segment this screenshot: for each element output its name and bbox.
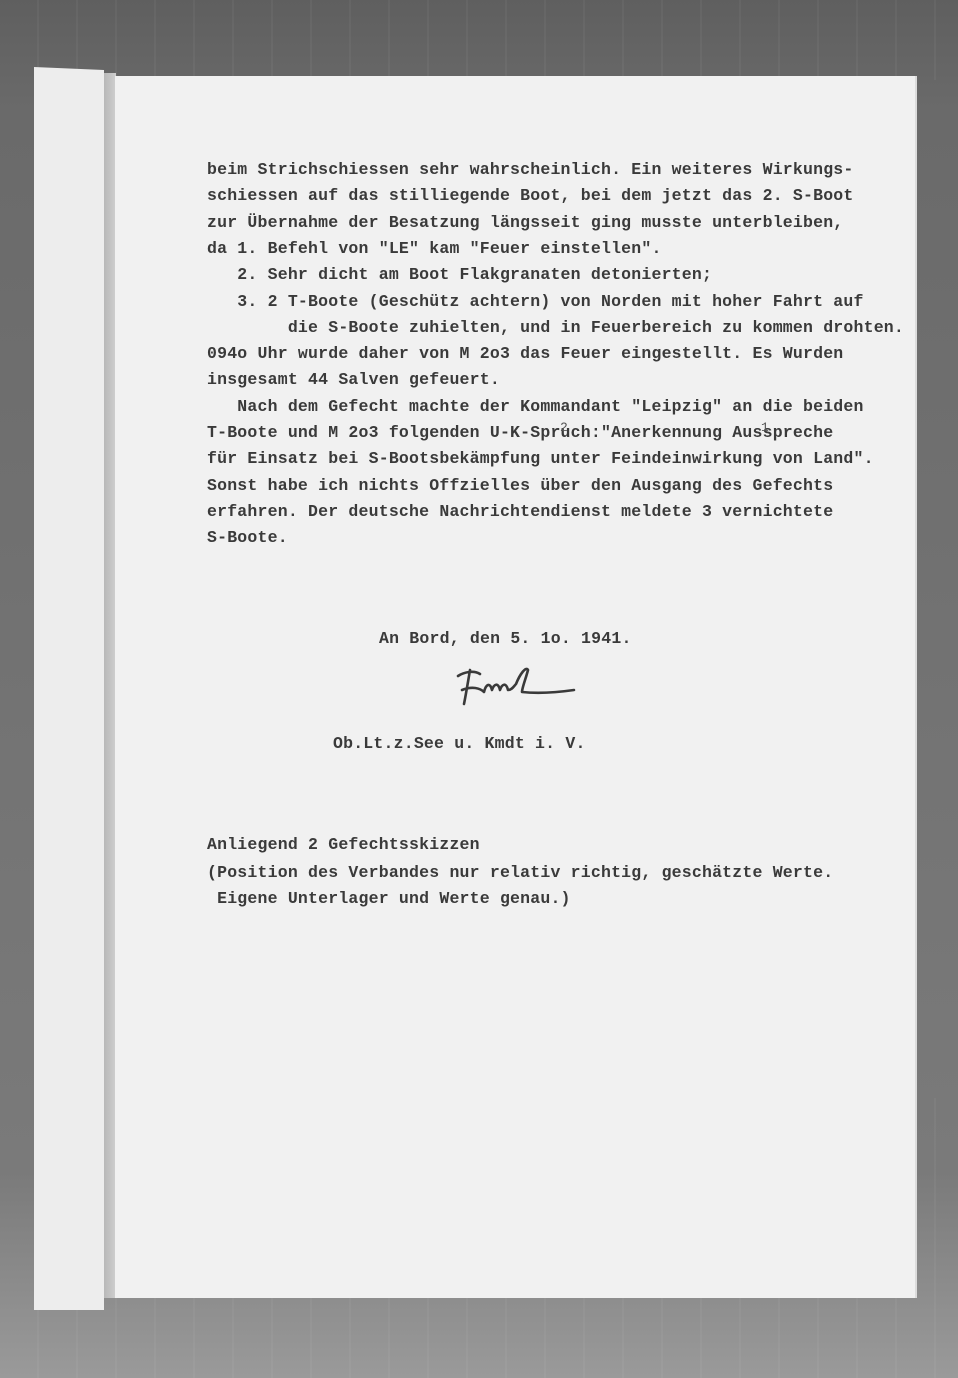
body-line: 094o Uhr wurde daher von M 2o3 das Feuer…	[207, 341, 843, 367]
film-scratches-top	[0, 0, 958, 80]
previous-page-edge	[34, 67, 104, 1310]
attachment-heading: Anliegend 2 Gefechtsskizzen	[207, 832, 480, 858]
attachment-line: (Position des Verbandes nur relativ rich…	[207, 860, 833, 886]
attachment-line: Eigene Unterlager und Werte genau.)	[207, 886, 571, 912]
word-order-mark-1: 1	[761, 420, 769, 435]
body-line: beim Strichschiessen sehr wahrscheinlich…	[207, 157, 854, 183]
body-line: die S-Boote zuhielten, und in Feuerberei…	[207, 315, 904, 341]
body-line: 2. Sehr dicht am Boot Flakgranaten deton…	[207, 262, 712, 288]
body-line: zur Übernahme der Besatzung längsseit gi…	[207, 210, 843, 236]
word-order-mark-2: 2	[560, 420, 568, 435]
body-line: schiessen auf das stilliegende Boot, bei…	[207, 183, 854, 209]
body-line: erfahren. Der deutsche Nachrichtendienst…	[207, 499, 833, 525]
body-line: da 1. Befehl von "LE" kam "Feuer einstel…	[207, 236, 662, 262]
body-line: T-Boote und M 2o3 folgenden U-K-Spruch:"…	[207, 420, 833, 446]
place-date: An Bord, den 5. 1o. 1941.	[379, 626, 632, 652]
signatory-title: Ob.Lt.z.See u. Kmdt i. V.	[333, 731, 586, 757]
body-line: S-Boote.	[207, 525, 288, 551]
body-line: 3. 2 T-Boote (Geschütz achtern) von Nord…	[207, 289, 864, 315]
body-line: für Einsatz bei S-Bootsbekämpfung unter …	[207, 446, 874, 472]
signature-icon	[450, 660, 580, 710]
body-line: Sonst habe ich nichts Offzielles über de…	[207, 473, 833, 499]
signature	[450, 660, 580, 715]
body-line: Nach dem Gefecht machte der Kommandant "…	[207, 394, 864, 420]
body-line: insgesamt 44 Salven gefeuert.	[207, 367, 500, 393]
